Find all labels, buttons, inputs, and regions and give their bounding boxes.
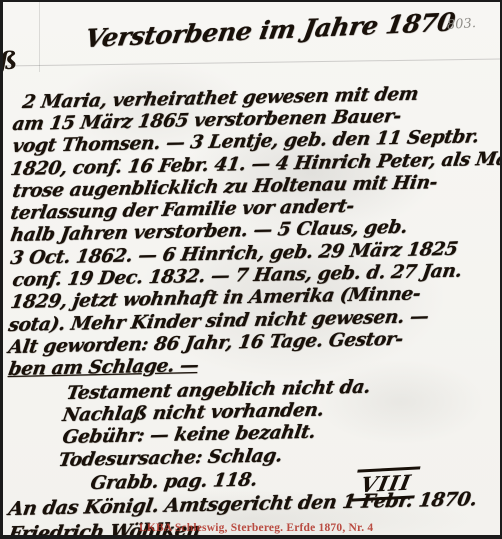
paper-crease-vertical <box>39 2 40 72</box>
page-number: 803. <box>447 16 477 33</box>
handwritten-line: ben am Schlage. — <box>7 355 200 380</box>
margin-mark: ß <box>0 46 17 75</box>
archive-stamp: LKBA Schleswig, Sterbereg. Erfde 1870, N… <box>139 522 373 534</box>
scanned-register-page: Verstorbene im Jahre 1870 803. ß 2 Maria… <box>0 0 502 539</box>
grave-register-line: Grabb. pag. 118. <box>89 470 259 494</box>
